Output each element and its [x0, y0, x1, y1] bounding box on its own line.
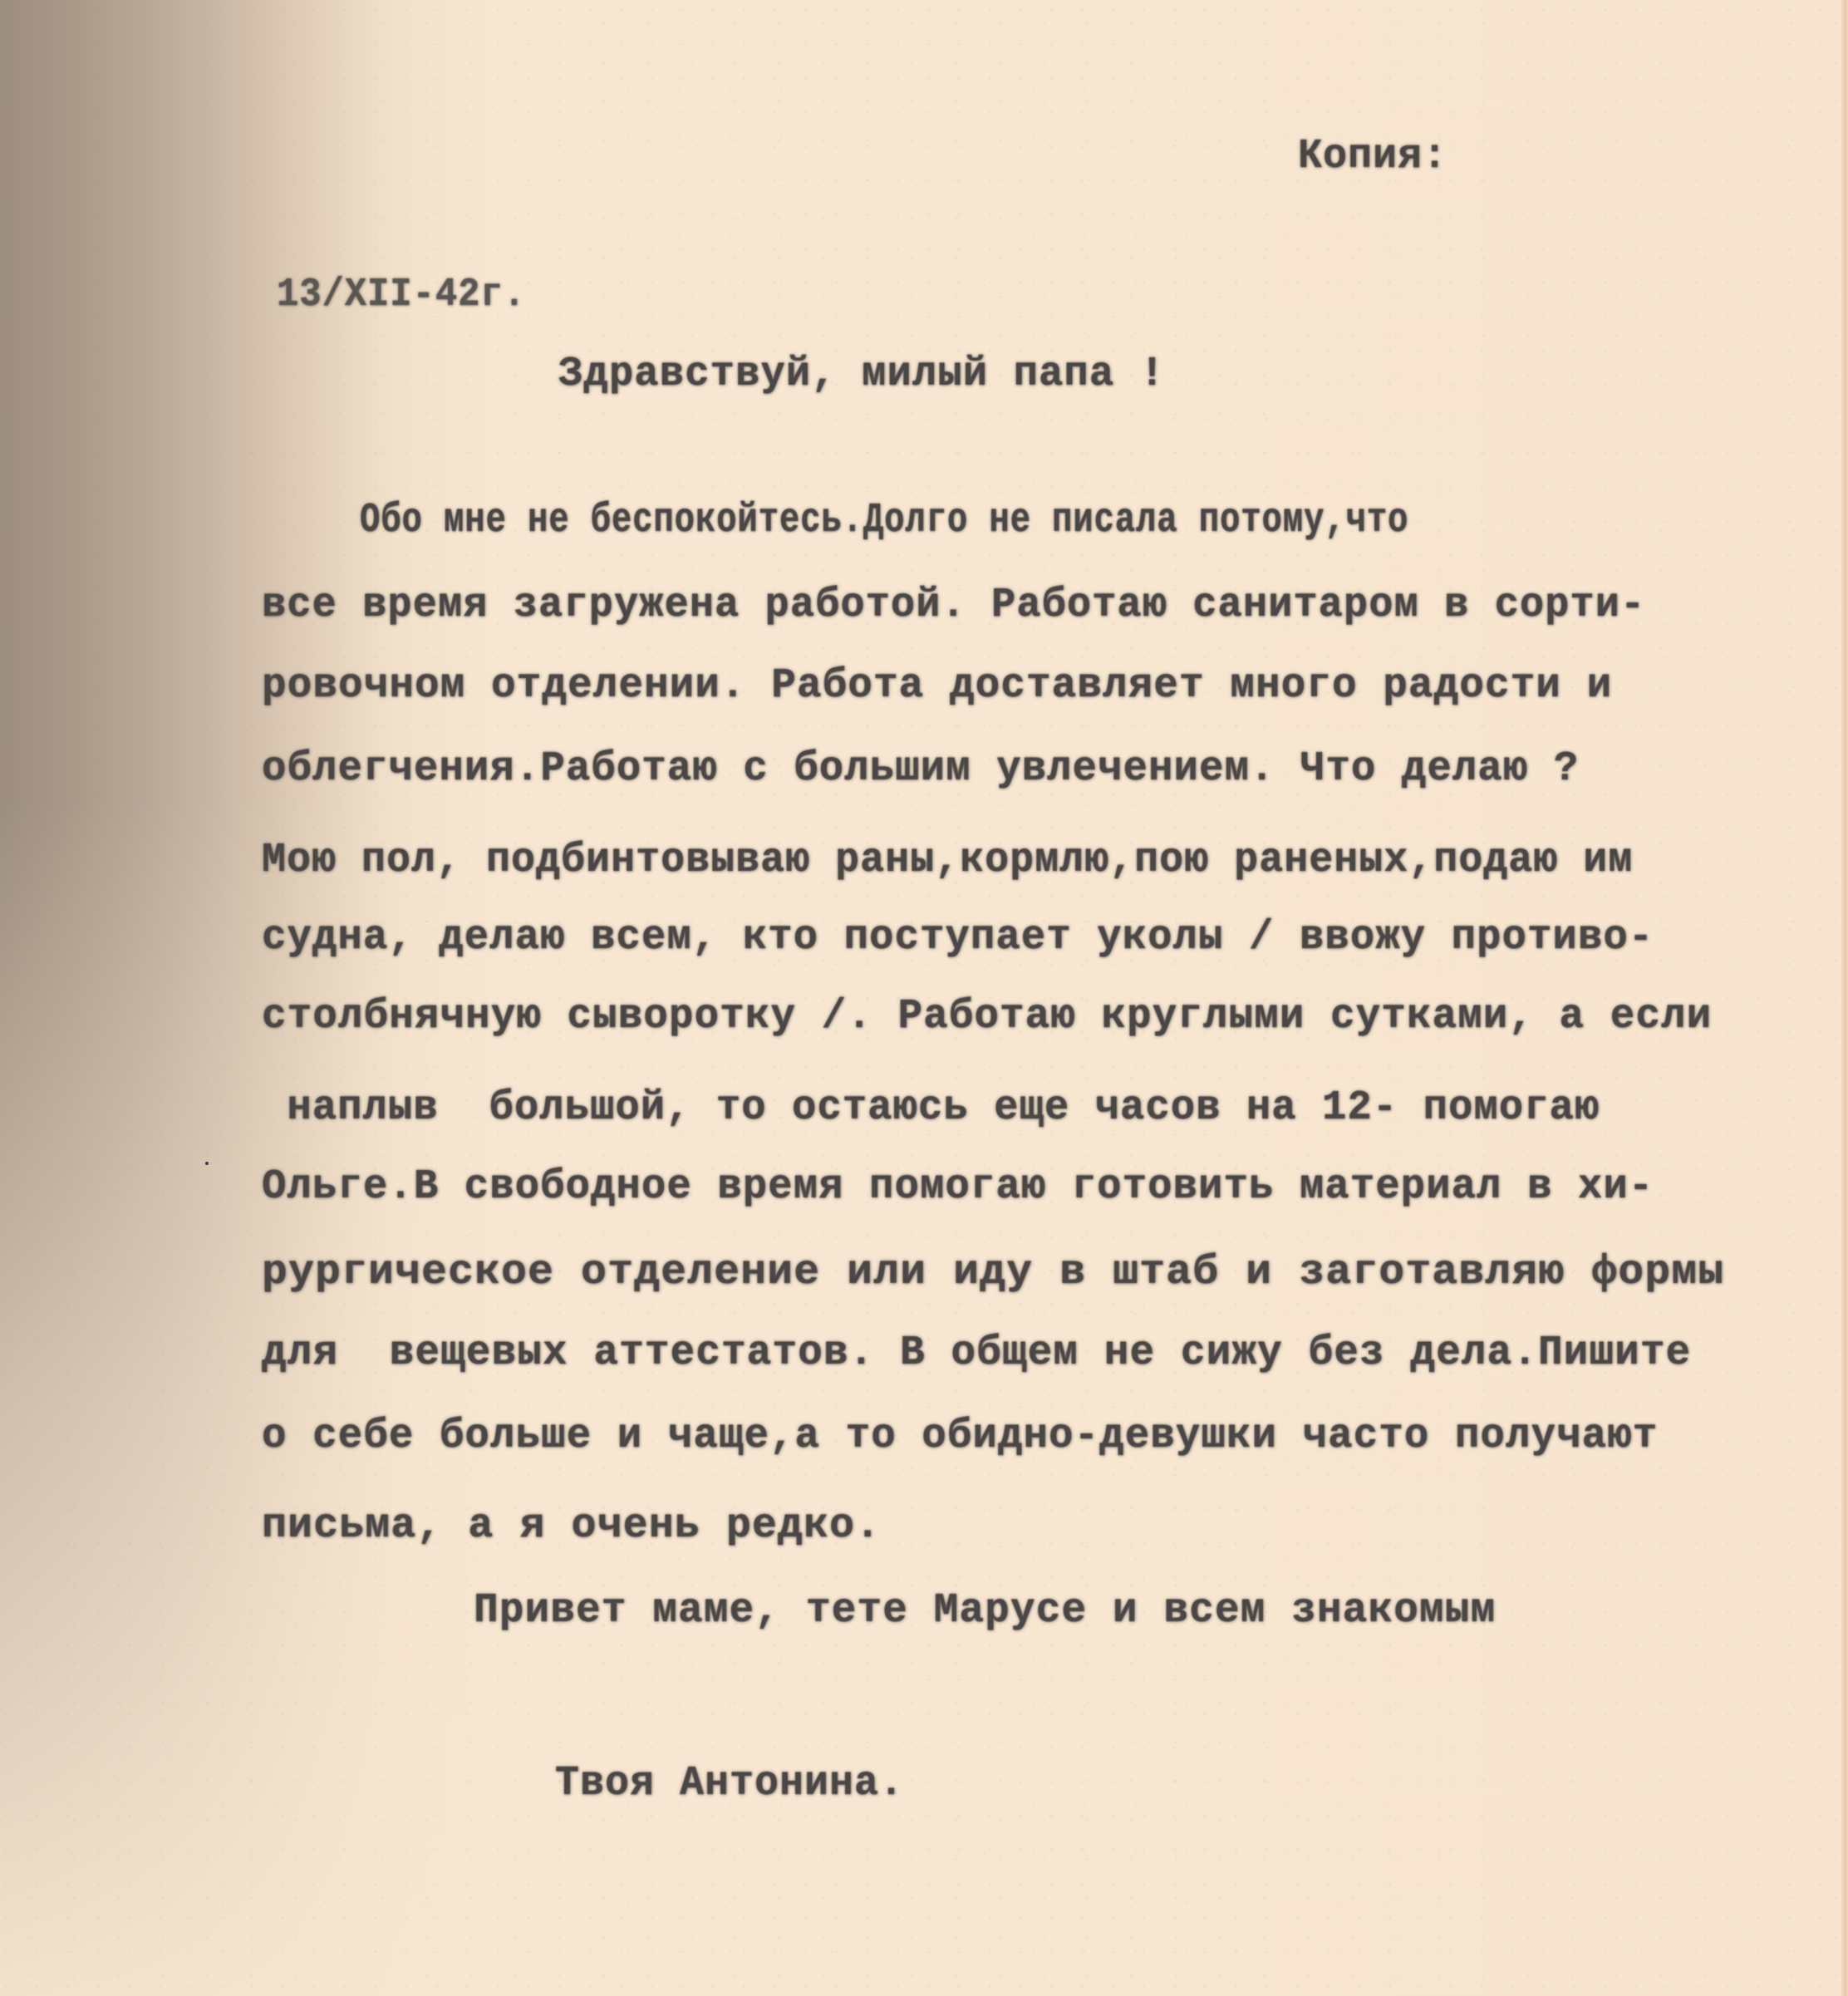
body-line: все время загружена работой. Работаю сан…	[262, 582, 1645, 629]
copy-label: Копия:	[1298, 133, 1447, 180]
body-line: столбнячную сыворотку /. Работаю круглым…	[262, 993, 1712, 1040]
body-line: ровочном отделении. Работа доставляет мн…	[262, 662, 1612, 710]
body-line: наплыв большой, то остаюсь еще часов на …	[262, 1084, 1600, 1132]
letter-date: 13/XII-42г.	[277, 273, 526, 317]
body-line: Ольге.В свободное время помогаю готовить…	[262, 1163, 1654, 1211]
body-line: Обо мне не беспокойтесь.Долго не писала …	[360, 497, 1408, 544]
letter-signature: Твоя Антонина.	[555, 1760, 904, 1807]
body-line: о себе больше и чаще,а то обидно-девушки…	[262, 1413, 1658, 1460]
body-line: рургическое отделение или иду в штаб и з…	[262, 1249, 1724, 1296]
body-line: для вещевых аттестатов. В общем не сижу …	[262, 1330, 1691, 1377]
body-line: облегчения.Работаю с большим увлечением.…	[262, 745, 1579, 793]
body-line: письма, а я очень редко.	[262, 1502, 881, 1550]
body-line: Мою пол, подбинтовываю раны,кормлю,пою р…	[262, 837, 1633, 884]
letter-greeting: Здравствуй, милый папа !	[558, 351, 1165, 398]
body-line: судна, делаю всем, кто поступает уколы /…	[262, 914, 1654, 961]
ink-speck	[205, 1162, 209, 1165]
letter-closing: Привет маме, тете Марусе и всем знакомым	[474, 1587, 1496, 1635]
